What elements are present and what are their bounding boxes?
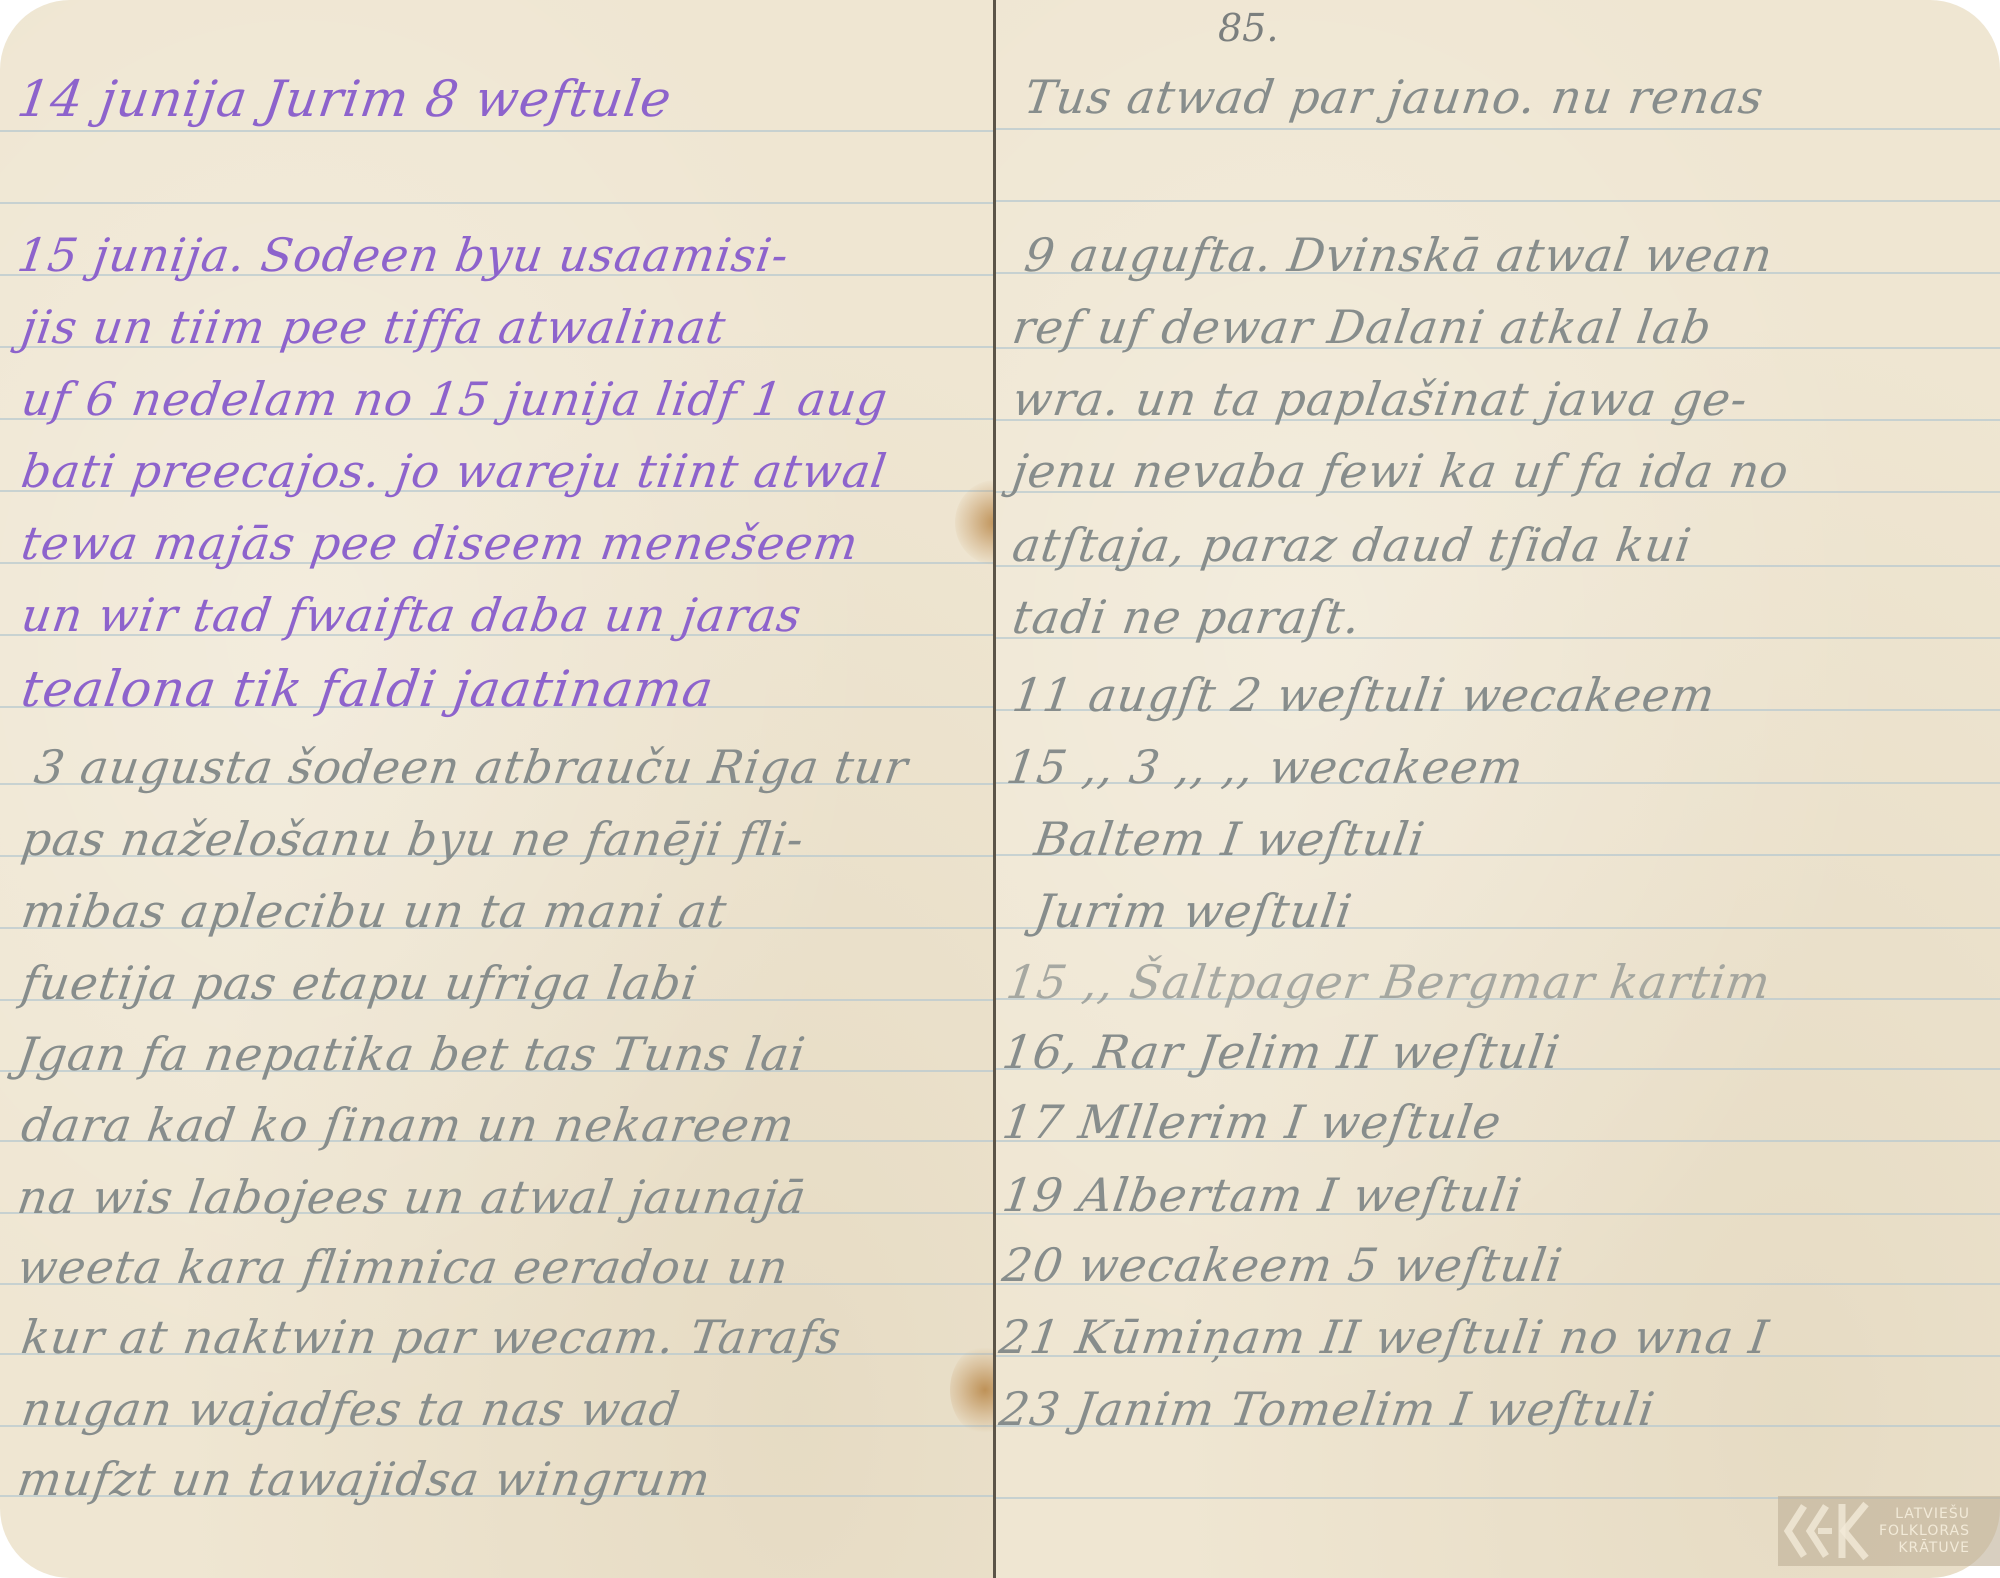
handwritten-line: jenu nevaba fewi ka uf fa ida no	[1009, 444, 1792, 498]
handwritten-line: 19 Albertam I weſtuli	[999, 1168, 1525, 1222]
handwritten-line: 23 Janim Tomelim I weſtuli	[996, 1382, 1658, 1436]
handwritten-line: 17 Mllerim I weſtule	[999, 1095, 1505, 1149]
notebook-spread: 14 junija Jurim 8 weftule 15 junija. Sod…	[0, 0, 2000, 1578]
handwritten-line: 21 Kūmiņam II weſtuli no wna I	[996, 1310, 1772, 1364]
handwritten-line: pas naželošanu byu ne fanēji fli-	[18, 812, 808, 866]
handwritten-line: weeta kara flimnica eeradou un	[14, 1240, 792, 1294]
ruled-line	[0, 202, 995, 204]
stain	[950, 1345, 995, 1435]
handwritten-line: Jurim weſtuli	[1031, 884, 1356, 938]
handwritten-line: 20 wecakeem 5 weſtuli	[999, 1238, 1566, 1292]
watermark-text: LATVIEŠU FOLKLORAS KRĀTUVE	[1873, 1506, 1970, 1557]
right-page: Tus atwad par jauno. nu renas 9 augufta.…	[995, 0, 2000, 1578]
ruled-line	[995, 200, 2000, 202]
handwritten-line: nugan wajadfes ta nas wad	[18, 1382, 683, 1436]
handwritten-line: Baltem I weſtuli	[1031, 812, 1428, 866]
lfk-logo-icon	[1778, 1496, 1873, 1566]
handwritten-line: 11 augſt 2 weſtuli wecakeem	[1009, 668, 1719, 722]
notebook-spine	[993, 0, 996, 1578]
handwritten-line: 16, Rar Jelim II weſtuli	[999, 1025, 1564, 1079]
watermark-line: KRĀTUVE	[1898, 1540, 1970, 1557]
handwritten-line: 9 augufta. Dvinskā atwal wean	[1021, 228, 1776, 282]
stain	[955, 480, 995, 565]
left-page: 14 junija Jurim 8 weftule 15 junija. Sod…	[0, 0, 995, 1578]
handwritten-line: atſtaja, paraz daud tſida kui	[1009, 518, 1695, 572]
handwritten-line: 14 junija Jurim 8 weftule	[14, 70, 676, 128]
handwritten-line: un wir tad fwaifta daba un jaras	[18, 588, 805, 642]
archive-watermark: LATVIEŠU FOLKLORAS KRĀTUVE	[1778, 1496, 2000, 1566]
handwritten-line: kur at naktwin par wecam. Tarafs	[18, 1310, 845, 1364]
handwritten-line: tadi ne paraſt.	[1009, 590, 1364, 644]
handwritten-line: bati preecajos. jo wareju tiint atwal	[18, 444, 890, 498]
handwritten-line: Jgan fa nepatika bet tas Tuns lai	[14, 1027, 809, 1081]
handwritten-line: tealona tik faldi jaatinama	[18, 660, 718, 718]
handwritten-line: 15 ,, 3 ,, ,, wecakeem	[1003, 740, 1527, 794]
handwritten-line: mufzt un tawajidsa wingrum	[14, 1452, 714, 1506]
handwritten-line: 3 augusta šodeen atbrauču Riga tur	[31, 740, 912, 794]
handwritten-line: 15 junija. Sodeen byu usaamisi-	[14, 228, 792, 282]
ruled-line	[0, 130, 995, 132]
handwritten-line: fuetija pas etapu ufriga labi	[18, 956, 701, 1010]
handwritten-line: uf 6 nedelam no 15 junija lidf 1 aug	[18, 372, 891, 426]
watermark-line: FOLKLORAS	[1879, 1523, 1970, 1540]
handwritten-line: dara kad ko ſinam un nekareem	[18, 1098, 798, 1152]
watermark-line: LATVIEŠU	[1895, 1506, 1970, 1523]
handwritten-line: ref uf dewar Dalani atkal lab	[1009, 300, 1715, 354]
handwritten-line: mibas aplecibu un ta mani at	[18, 884, 730, 938]
handwritten-line: Tus atwad par jauno. nu renas	[1021, 70, 1767, 124]
handwritten-line: na wis labojees un atwal jaunajā	[14, 1170, 810, 1224]
handwritten-line: jis un tiim pee tiffa atwalinat	[18, 300, 729, 354]
ruled-line	[995, 128, 2000, 130]
handwritten-line: 15 ,, Šaltpager Bergmar kartim	[1003, 955, 1774, 1009]
page-number: 85.	[1218, 6, 1278, 50]
handwritten-line: wra. un ta paplašinat jawa ge-	[1009, 372, 1751, 426]
handwritten-line: tewa majās pee diseem menešeem	[18, 516, 862, 570]
